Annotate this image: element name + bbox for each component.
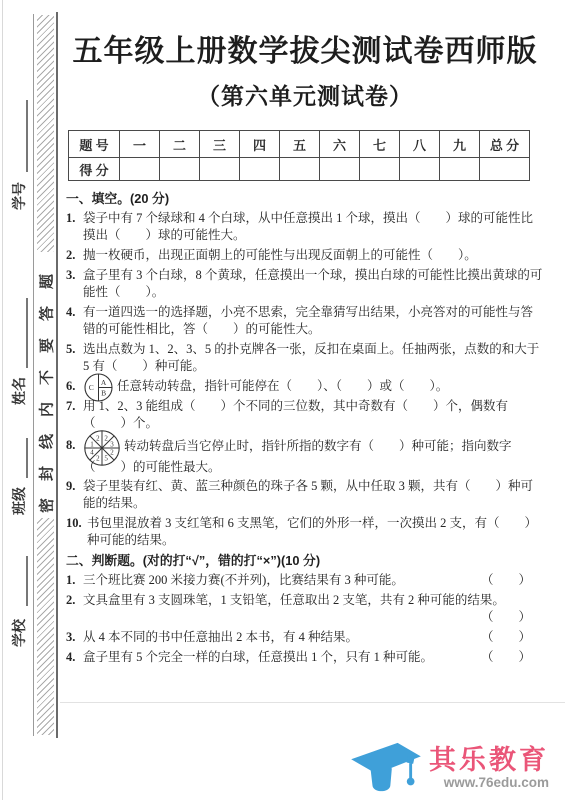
question-number: 2.	[66, 247, 83, 264]
col-4: 四	[240, 131, 280, 158]
score-cell	[120, 158, 160, 181]
score-cell	[240, 158, 280, 181]
fill-question-2: 2.抛一枚硬币，出现正面朝上的可能性与出现反面朝上的可能性（ ）。	[66, 247, 545, 264]
score-table-score-row: 得 分	[69, 158, 530, 181]
fill-question-1: 1.袋子中有 7 个绿球和 4 个白球，从中任意摸出 1 个球，摸出（ ）球的可…	[66, 210, 545, 244]
question-number: 4.	[66, 304, 83, 321]
answer-blank: （ ）	[83, 609, 545, 626]
score-table-header-row: 题 号 一 二 三 四 五 六 七 八 九 总 分	[69, 131, 530, 158]
logo-text-block: 其乐教育 www.76edu.com	[429, 745, 549, 790]
question-number: 3.	[66, 629, 83, 646]
question-number: 6.	[66, 378, 83, 395]
question-area: 一、填空。(20 分) 1.袋子中有 7 个绿球和 4 个白球，从中任意摸出 1…	[66, 188, 545, 668]
col-5: 五	[280, 131, 320, 158]
question-text: 抛一枚硬币，出现正面朝上的可能性与出现反面朝上的可能性（ ）。	[83, 248, 477, 262]
judge-question-1: 1.三个班比赛 200 米接力赛(不并列)，比赛结果有 3 种可能。（ ）	[66, 572, 545, 589]
section-2-heading: 二、判断题。(对的打“√”，错的打“×”)(10 分)	[66, 552, 545, 569]
score-cell	[440, 158, 480, 181]
question-text: 有一道四选一的选择题，小亮不思索，完全靠猜写出结果，小亮答对的可能性与答错的可能…	[83, 305, 533, 336]
score-cell	[280, 158, 320, 181]
answer-blank: （ ）	[481, 572, 545, 589]
graduation-cap-icon	[347, 738, 425, 796]
total-score-header: 总 分	[480, 131, 530, 158]
score-cell	[360, 158, 400, 181]
answer-blank: （ ）	[481, 629, 545, 646]
class-underline	[26, 438, 28, 478]
question-number: 3.	[66, 267, 83, 284]
col-2: 二	[160, 131, 200, 158]
page-title: 五年级上册数学拔尖测试卷西师版	[66, 26, 544, 70]
question-text: 从 4 本不同的书中任意抽出 2 本书，有 4 种结果。	[83, 629, 358, 646]
judge-question-4: 4.盒子里有 5 个完全一样的白球，任意摸出 1 个，只有 1 种可能。（ ）	[66, 649, 545, 666]
logo-url: www.76edu.com	[444, 775, 549, 790]
answer-blank: （ ）	[481, 649, 545, 666]
page-edge	[2, 0, 3, 800]
question-number: 5.	[66, 341, 83, 358]
svg-text:B: B	[101, 388, 106, 397]
school-underline	[26, 556, 28, 606]
question-text: 袋子里装有红、黄、蓝三种颜色的珠子各 5 颗，从中任取 3 颗，共有（ ）种可能…	[83, 479, 533, 510]
svg-text:1: 1	[90, 440, 94, 448]
fill-question-9: 9.袋子里装有红、黄、蓝三种颜色的珠子各 5 颗，从中任取 3 颗，共有（ ）种…	[66, 478, 545, 512]
question-number-header: 题 号	[69, 131, 120, 158]
student-id-label: 学号	[9, 182, 29, 210]
seal-line-outer	[33, 14, 34, 736]
score-cell	[400, 158, 440, 181]
question-number: 1.	[66, 210, 83, 227]
score-cell	[200, 158, 240, 181]
score-table: 题 号 一 二 三 四 五 六 七 八 九 总 分 得 分	[68, 130, 530, 181]
svg-text:2: 2	[104, 434, 108, 442]
svg-text:2: 2	[96, 434, 100, 442]
name-underline	[26, 298, 28, 368]
scan-artifact-rule	[60, 702, 565, 703]
judge-question-3: 3.从 4 本不同的书中任意抽出 2 本书，有 4 种结果。（ ）	[66, 629, 545, 646]
score-label: 得 分	[69, 158, 120, 181]
fill-question-10: 10.书包里混放着 3 支红笔和 6 支黑笔，它们的外形一样，一次摸出 2 支，…	[66, 515, 545, 549]
score-cell	[480, 158, 530, 181]
name-label: 姓名	[9, 377, 29, 405]
seal-hatch-bottom	[37, 518, 54, 735]
page-subtitle: （第六单元测试卷）	[66, 78, 544, 111]
question-number: 10.	[66, 515, 87, 532]
fill-question-5: 5.选出点数为 1、2、3、5 的扑克牌各一张，反扣在桌面上。任抽两张，点数的和…	[66, 341, 545, 375]
svg-text:3: 3	[110, 440, 114, 448]
seal-hatch-top	[37, 15, 54, 252]
school-label: 学校	[9, 619, 29, 647]
question-text: 盒子里有 3 个白球，8 个黄球，任意摸出一个球，摸出白球的可能性比摸出黄球的可…	[83, 268, 542, 299]
question-text: 盒子里有 5 个完全一样的白球，任意摸出 1 个，只有 1 种可能。	[83, 649, 433, 666]
question-text: 三个班比赛 200 米接力赛(不并列)，比赛结果有 3 种可能。	[83, 572, 404, 589]
question-number: 7.	[66, 398, 83, 415]
footer-logo: 其乐教育 www.76edu.com	[347, 738, 549, 796]
question-text: 用 1、2、3 能组成（ ）个不同的三位数，其中奇数有（ ）个，偶数有（ ）个。	[83, 399, 508, 430]
question-number: 8.	[66, 437, 83, 454]
fill-question-6: 6.ABC任意转动转盘，指针可能停在（ ）、（ ）或（ ）。	[66, 378, 545, 396]
question-number: 4.	[66, 649, 83, 666]
svg-text:C: C	[89, 383, 94, 392]
col-1: 一	[120, 131, 160, 158]
class-label: 班级	[9, 487, 29, 515]
col-8: 八	[400, 131, 440, 158]
fill-question-7: 7.用 1、2、3 能组成（ ）个不同的三位数，其中奇数有（ ）个，偶数有（ ）…	[66, 398, 545, 432]
student-id-underline	[26, 100, 28, 172]
svg-text:4: 4	[90, 448, 94, 456]
question-number: 2.	[66, 592, 83, 609]
question-number: 1.	[66, 572, 83, 589]
judge-question-2: 2.文具盒里有 3 支圆珠笔，1 支铅笔，任意取出 2 支笔，共有 2 种可能的…	[66, 592, 545, 626]
question-number: 9.	[66, 478, 83, 495]
col-9: 九	[440, 131, 480, 158]
question-text: 袋子中有 7 个绿球和 4 个白球，从中任意摸出 1 个球，摸出（ ）球的可能性…	[83, 211, 533, 242]
logo-name: 其乐教育	[429, 745, 549, 775]
col-3: 三	[200, 131, 240, 158]
seal-text: 密封线内不要答题	[36, 257, 57, 513]
score-cell	[320, 158, 360, 181]
fill-question-4: 4.有一道四选一的选择题，小亮不思索，完全靠猜写出结果，小亮答对的可能性与答错的…	[66, 304, 545, 338]
fill-question-3: 3.盒子里有 3 个白球，8 个黄球，任意摸出一个球，摸出白球的可能性比摸出黄球…	[66, 267, 545, 301]
section-1-heading: 一、填空。(20 分)	[66, 190, 545, 207]
fill-question-8: 8.23252412转动转盘后当它停止时，指针所指的数字有（ ）种可能；指向数字…	[66, 435, 545, 476]
score-cell	[160, 158, 200, 181]
question-text: 书包里混放着 3 支红笔和 6 支黑笔，它们的外形一样，一次摸出 2 支，有（ …	[87, 516, 537, 547]
col-6: 六	[320, 131, 360, 158]
svg-text:2: 2	[110, 448, 114, 456]
svg-text:A: A	[101, 378, 107, 387]
question-text: 选出点数为 1、2、3、5 的扑克牌各一张，反扣在桌面上。任抽两张，点数的和大于…	[83, 342, 539, 373]
question-text: 文具盒里有 3 支圆珠笔，1 支铅笔，任意取出 2 支笔，共有 2 种可能的结果…	[83, 593, 505, 607]
question-text: 转动转盘后当它停止时，指针所指的数字有（ ）种可能；指向数字（ ）的可能性最大。	[83, 438, 512, 473]
question-text: 任意转动转盘，指针可能停在（ ）、（ ）或（ ）。	[117, 379, 448, 393]
col-7: 七	[360, 131, 400, 158]
